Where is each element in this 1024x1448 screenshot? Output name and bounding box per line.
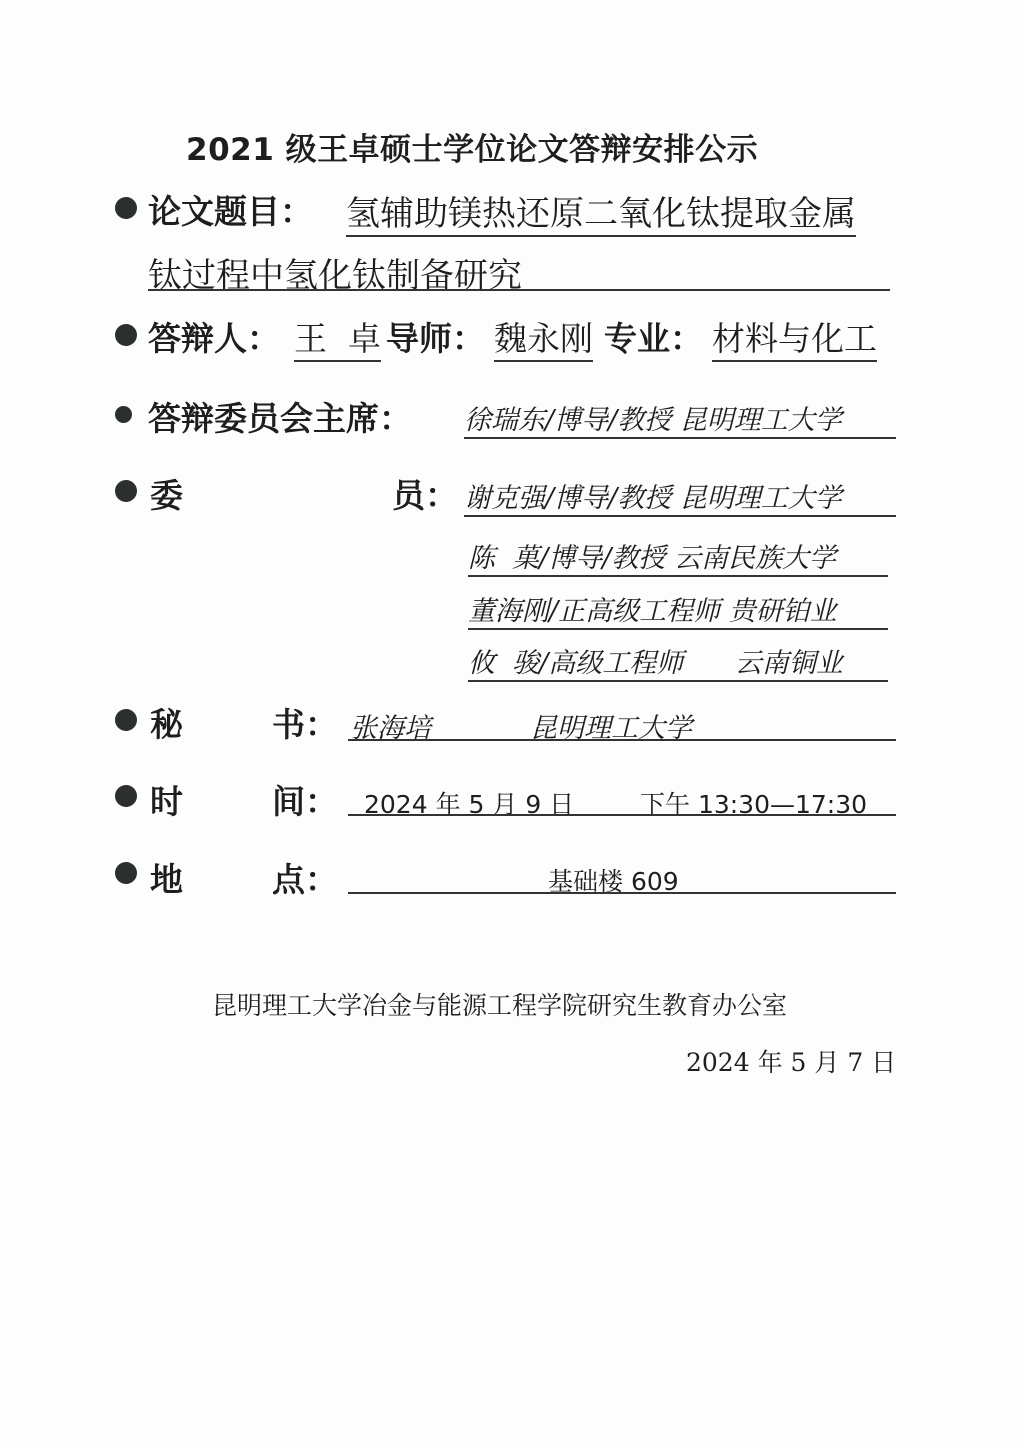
advisor-label: 导师： <box>386 313 485 360</box>
page-title: 2021 级王卓硕士学位论文答辩安排公示 <box>186 124 758 169</box>
major-value: 材料与化工 <box>712 313 877 362</box>
major-label: 专业： <box>604 313 703 360</box>
bullet-icon <box>115 197 137 219</box>
chair-value: 徐瑞东/博导/教授 昆明理工大学 <box>464 398 896 439</box>
time-label-b: 间： <box>272 776 338 823</box>
bullet-icon <box>115 480 137 502</box>
time-label-a: 时 <box>150 776 183 823</box>
issuing-office: 昆明理工大学冶金与能源工程学院研究生教育办公室 <box>212 986 787 1022</box>
members-label-a: 委 <box>150 470 183 517</box>
bullet-icon <box>115 785 137 807</box>
member-item: 陈 菓/博导/教授 云南民族大学 <box>468 536 888 577</box>
thesis-label: 论文题目： <box>148 186 313 233</box>
defender-label: 答辩人： <box>148 313 280 360</box>
thesis-title-line1: 氢辅助镁热还原二氧化钛提取金属 <box>346 186 856 237</box>
bullet-icon <box>115 324 137 346</box>
secretary-label-b: 书： <box>272 699 338 746</box>
underline <box>348 739 896 741</box>
underline <box>348 892 896 894</box>
members-label-b: 员： <box>392 470 458 517</box>
underline <box>148 289 890 291</box>
place-label-b: 点： <box>272 854 338 901</box>
bullet-icon <box>115 406 132 423</box>
bullet-icon <box>115 862 137 884</box>
defender-name: 王 卓 <box>294 313 381 362</box>
advisor-name: 魏永刚 <box>494 313 593 362</box>
bullet-icon <box>115 709 137 731</box>
member-item: 谢克强/博导/教授 昆明理工大学 <box>464 476 896 517</box>
issue-date: 2024 年 5 月 7 日 <box>686 1043 896 1079</box>
place-label-a: 地 <box>150 854 183 901</box>
member-item: 攸 骏/高级工程师 云南铜业 <box>468 641 888 682</box>
secretary-label-a: 秘 <box>150 699 183 746</box>
member-item: 董海刚/正高级工程师 贵研铂业 <box>468 589 888 630</box>
chair-label: 答辩委员会主席： <box>148 393 412 440</box>
underline <box>348 814 896 816</box>
